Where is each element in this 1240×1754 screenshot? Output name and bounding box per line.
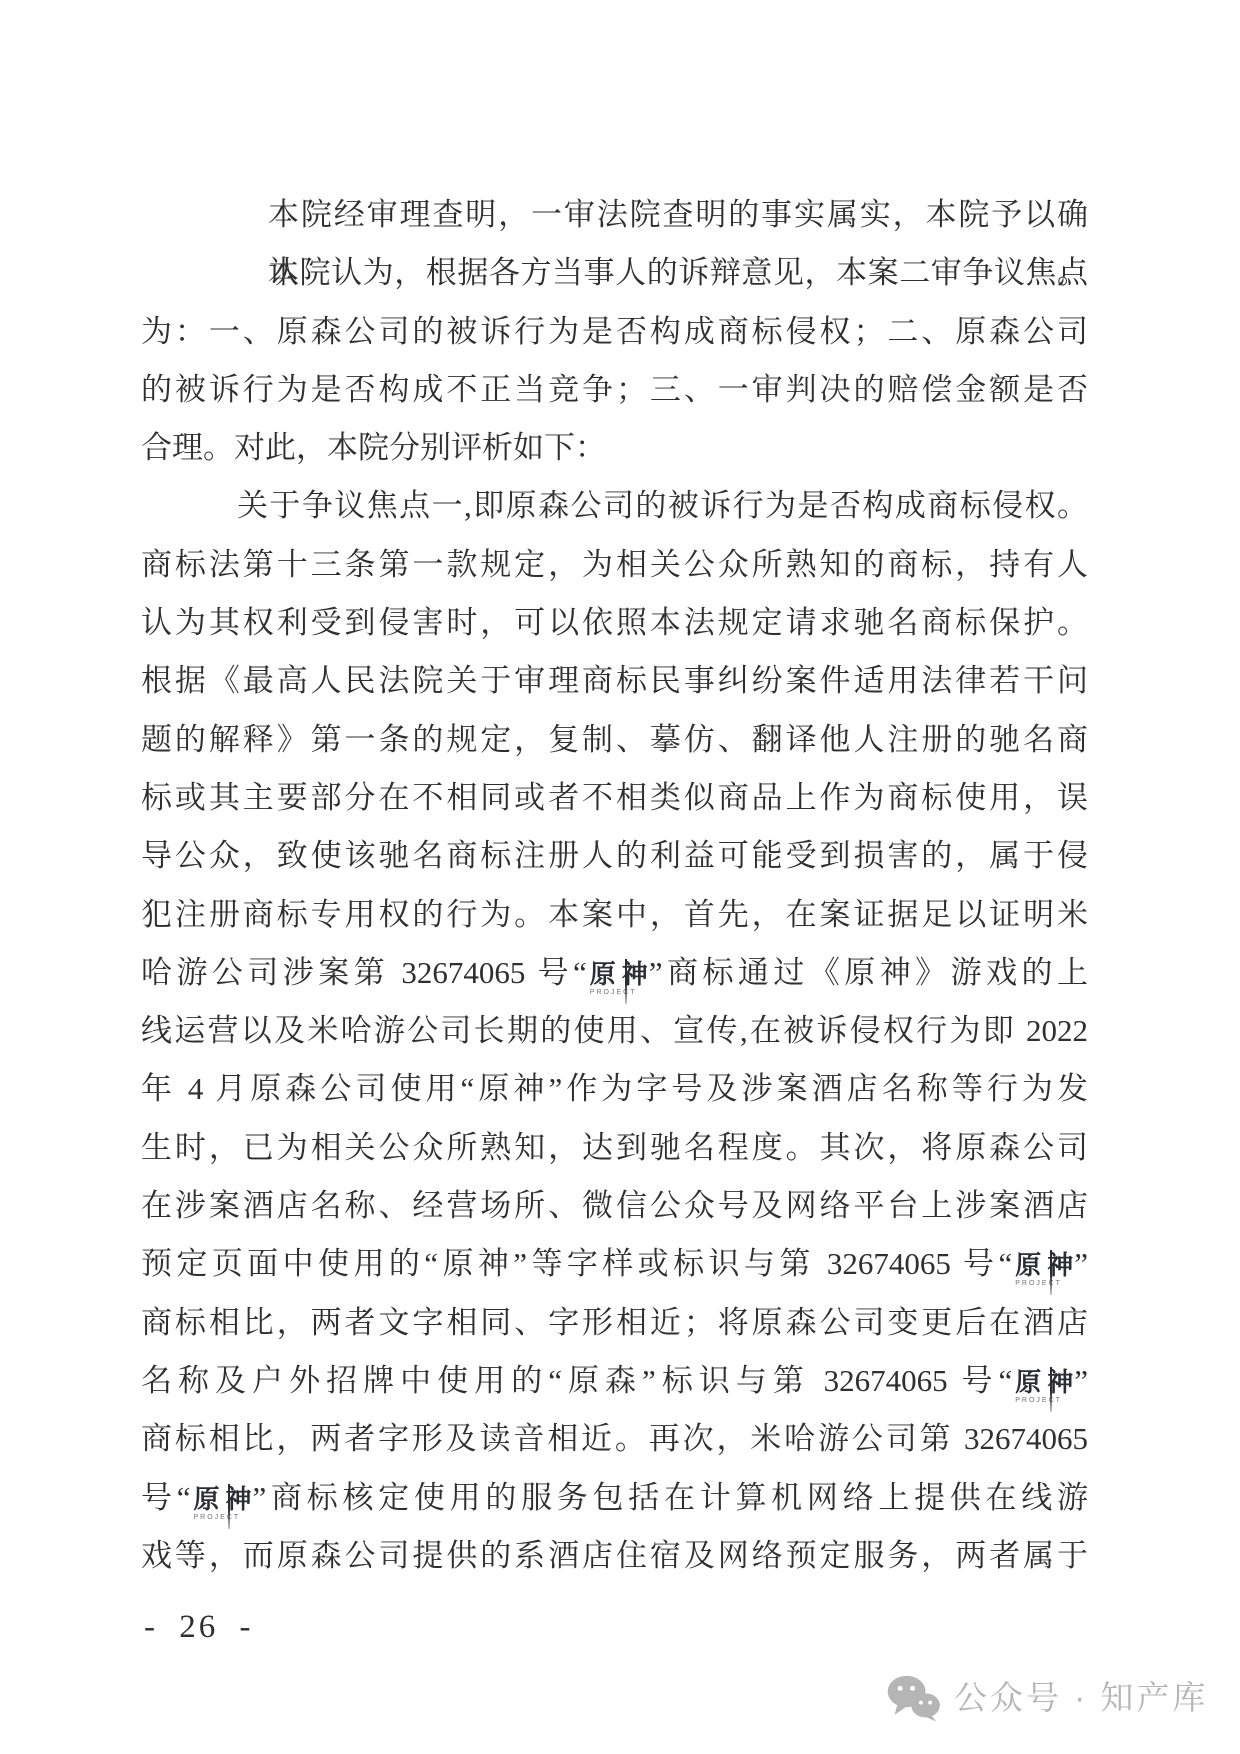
genshin-logo-text: 原神 (1015, 1370, 1071, 1396)
text-segment: ” (1074, 1363, 1088, 1398)
text-segment: ”商标核定使用的服务包括在计算机网络上提供在线游 (253, 1480, 1089, 1515)
text-line: 号“原神PROJECT”商标核定使用的服务包括在计算机网络上提供在线游 (141, 1469, 1088, 1527)
text-line: 犯注册商标专用权的行为。本案中，首先，在案证据足以证明米 (141, 886, 1088, 944)
text-line: 标或其主要部分在不相同或者不相类似商品上作为商标使用，误 (141, 769, 1088, 827)
text-line: 关于争议焦点一,即原森公司的被诉行为是否构成商标侵权。 (141, 477, 1088, 535)
page-number: - 26 - (144, 1607, 253, 1647)
text-segment: ” (1074, 1246, 1088, 1281)
genshin-logo-text: 原神 (1015, 1253, 1071, 1279)
text-line: 的被诉行为是否构成不正当竞争；三、一审判决的赔偿金额是否 (141, 361, 1088, 419)
genshin-logo-subtext: PROJECT (194, 1514, 250, 1522)
wechat-watermark: 公众号 · 知产库 (886, 1672, 1208, 1724)
genshin-trademark-logo: 原神PROJECT (1015, 1370, 1071, 1405)
text-line: 名称及户外招牌中使用的“原森”标识与第 32674065 号“原神PROJECT… (141, 1352, 1088, 1410)
text-line: 哈游公司涉案第 32674065 号“原神PROJECT”商标通过《原神》游戏的… (141, 944, 1088, 1002)
text-line: 认为其权利受到侵害时，可以依照本法规定请求驰名商标保护。 (141, 594, 1088, 652)
text-line: 年 4 月原森公司使用“原神”作为字号及涉案酒店名称等行为发 (141, 1060, 1088, 1118)
text-line: 合理。对此，本院分别评析如下： (141, 419, 1088, 477)
watermark-label: 公众号 · 知产库 (954, 1672, 1208, 1724)
genshin-trademark-logo: 原神PROJECT (194, 1487, 250, 1522)
genshin-trademark-logo: 原神PROJECT (1015, 1253, 1071, 1288)
genshin-logo-subtext: PROJECT (590, 989, 646, 997)
text-line: 线运营以及米哈游公司长期的使用、宣传,在被诉侵权行为即 2022 (141, 1002, 1088, 1060)
text-line: 商标法第十三条第一款规定，为相关公众所熟知的商标，持有人 (141, 536, 1088, 594)
genshin-logo-text: 原神 (590, 962, 646, 988)
text-segment: 号“ (141, 1480, 191, 1515)
text-line: 为：一、原森公司的被诉行为是否构成商标侵权；二、原森公司 (141, 303, 1088, 361)
text-line: 本院经审理查明，一审法院查明的事实属实，本院予以确认。 (141, 186, 1088, 244)
text-line: 商标相比，两者文字相同、字形相近；将原森公司变更后在酒店 (141, 1294, 1088, 1352)
genshin-logo-text: 原神 (194, 1487, 250, 1513)
wechat-icon (886, 1674, 942, 1722)
genshin-trademark-logo: 原神PROJECT (590, 962, 646, 997)
text-line: 本院认为，根据各方当事人的诉辩意见，本案二审争议焦点 (141, 244, 1088, 302)
document-page: 本院经审理查明，一审法院查明的事实属实，本院予以确认。 本院认为，根据各方当事人… (0, 0, 1240, 1754)
judgment-text: 本院经审理查明，一审法院查明的事实属实，本院予以确认。 本院认为，根据各方当事人… (141, 186, 1088, 1585)
text-line: 题的解释》第一条的规定，复制、摹仿、翻译他人注册的驰名商 (141, 711, 1088, 769)
text-segment: ”商标通过《原神》游戏的上 (649, 955, 1088, 990)
text-segment: 哈游公司涉案第 32674065 号“ (141, 955, 587, 990)
genshin-logo-subtext: PROJECT (1015, 1397, 1071, 1405)
text-line: 戏等，而原森公司提供的系酒店住宿及网络预定服务，两者属于 (141, 1527, 1088, 1585)
text-line: 根据《最高人民法院关于审理商标民事纠纷案件适用法律若干问 (141, 652, 1088, 710)
text-line: 预定页面中使用的“原神”等字样或标识与第 32674065 号“原神PROJEC… (141, 1235, 1088, 1293)
text-line: 生时，已为相关公众所熟知，达到驰名程度。其次，将原森公司 (141, 1119, 1088, 1177)
text-line: 导公众，致使该驰名商标注册人的利益可能受到损害的，属于侵 (141, 827, 1088, 885)
genshin-logo-subtext: PROJECT (1015, 1280, 1071, 1288)
text-segment: 预定页面中使用的“原神”等字样或标识与第 32674065 号“ (141, 1246, 1012, 1281)
text-line: 在涉案酒店名称、经营场所、微信公众号及网络平台上涉案酒店 (141, 1177, 1088, 1235)
text-line: 商标相比，两者字形及读音相近。再次，米哈游公司第 32674065 (141, 1410, 1088, 1468)
text-segment: 名称及户外招牌中使用的“原森”标识与第 32674065 号“ (141, 1363, 1012, 1398)
